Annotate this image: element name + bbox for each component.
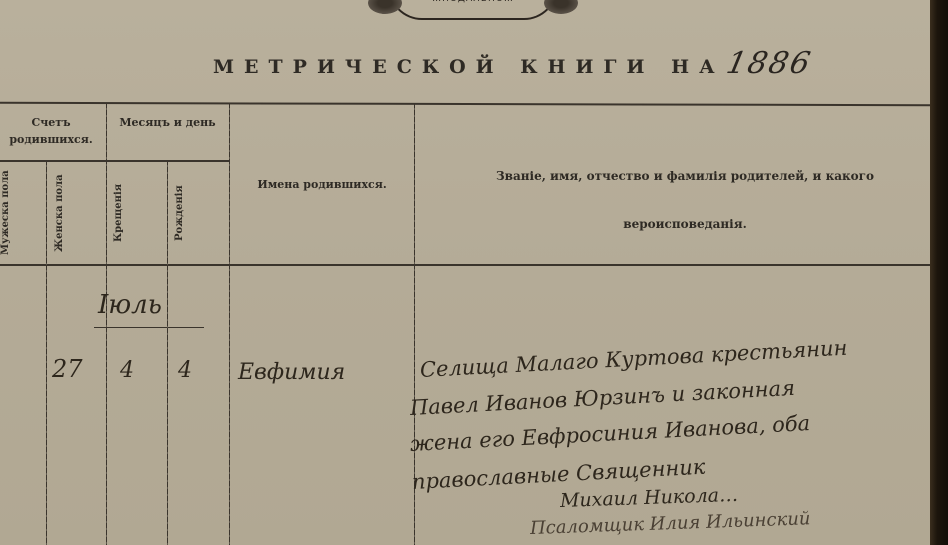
header-birth: Рожденія <box>174 168 222 258</box>
entry-count-female: 27 <box>52 355 83 383</box>
register-page: …ПОДАЛЬНО… МЕТРИЧЕСКОЙ КНИГИ НА 1886 Сче… <box>0 0 932 545</box>
subheader-rule <box>0 160 229 162</box>
header-bottom-rule <box>0 264 932 266</box>
column-divider <box>106 103 107 545</box>
stamp-text: …ПОДАЛЬНО… <box>432 0 514 4</box>
header-count-female: Женска пола <box>54 168 98 258</box>
entry-parents-line-1: Селища Малаго Куртова крестьянин <box>419 336 848 382</box>
stamp-seal-icon <box>544 0 578 14</box>
title-printed: МЕТРИЧЕСКОЙ КНИГИ НА <box>213 56 725 78</box>
stamp-seal-icon <box>368 0 402 14</box>
header-baptism: Крещенія <box>113 168 161 258</box>
book-binding <box>930 0 948 545</box>
header-top-rule <box>0 102 932 106</box>
header-count-male: Мужеска пола <box>0 168 40 258</box>
archive-stamp: …ПОДАЛЬНО… <box>388 0 558 20</box>
entry-birth-day: 4 <box>178 358 192 383</box>
month-label: Іюль <box>98 290 162 320</box>
header-names: Имена родившихся. <box>236 176 408 193</box>
column-divider <box>46 160 47 545</box>
title-year: 1886 <box>723 46 815 81</box>
entry-parents-line-2: Павел Иванов Юрзинъ и законная <box>409 376 795 420</box>
month-underline <box>94 327 204 328</box>
entry-baptism-day: 4 <box>120 358 134 383</box>
entry-priest-signature: Михаил Никола… <box>560 484 739 512</box>
entry-parents-line-3: жена его Евфросиния Иванова, оба <box>409 411 810 456</box>
entry-child-name: Евфимия <box>238 360 345 385</box>
column-divider <box>167 160 168 545</box>
column-divider <box>229 103 230 545</box>
entry-psalmist-signature: Псаломщик Илия Ильинский <box>530 508 811 539</box>
header-count-group: Счетъ родившихся. <box>0 114 106 148</box>
page-title: МЕТРИЧЕСКОЙ КНИГИ НА 1886 <box>213 46 811 76</box>
header-parents: Званіе, имя, отчество и фамилія родителе… <box>450 152 920 248</box>
header-month-group: Месяцъ и день <box>110 114 225 131</box>
